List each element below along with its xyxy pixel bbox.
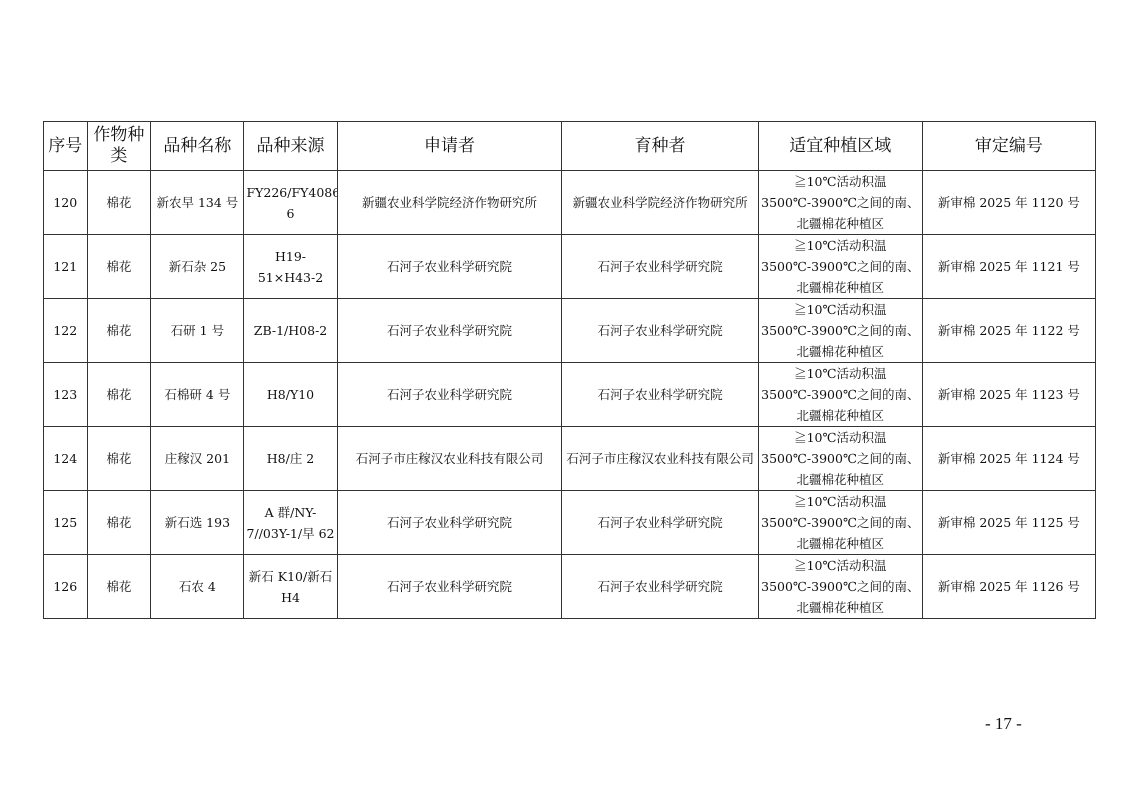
header-crop-type: 作物种类 [87, 122, 151, 171]
cell-variety: 石农 4 [151, 555, 244, 619]
header-region: 适宜种植区域 [758, 122, 922, 171]
cell-region: ≧10℃活动积温 3500℃-3900℃之间的南、北疆棉花种植区 [758, 235, 922, 299]
table-row: 126 棉花 石农 4 新石 K10/新石 H4 石河子农业科学研究院 石河子农… [44, 555, 1096, 619]
cell-crop: 棉花 [87, 299, 151, 363]
cell-variety: 新石选 193 [151, 491, 244, 555]
cell-crop: 棉花 [87, 235, 151, 299]
cell-source: FY226/FY4086-6 [244, 171, 337, 235]
cell-source: H8/Y10 [244, 363, 337, 427]
cell-region: ≧10℃活动积温 3500℃-3900℃之间的南、北疆棉花种植区 [758, 491, 922, 555]
cell-region: ≧10℃活动积温 3500℃-3900℃之间的南、北疆棉花种植区 [758, 299, 922, 363]
cell-serial: 122 [44, 299, 88, 363]
cell-variety: 庄稼汉 201 [151, 427, 244, 491]
cell-crop: 棉花 [87, 363, 151, 427]
cell-approval: 新审棉 2025 年 1121 号 [922, 235, 1095, 299]
cell-applicant: 石河子农业科学研究院 [337, 235, 562, 299]
cell-applicant: 石河子农业科学研究院 [337, 491, 562, 555]
header-applicant: 申请者 [337, 122, 562, 171]
cell-variety: 石研 1 号 [151, 299, 244, 363]
table-row: 121 棉花 新石杂 25 H19-51×H43-2 石河子农业科学研究院 石河… [44, 235, 1096, 299]
cell-source: H8/庄 2 [244, 427, 337, 491]
variety-approval-table: 序号 作物种类 品种名称 品种来源 申请者 育种者 适宜种植区域 审定编号 12… [43, 121, 1096, 619]
cell-source: 新石 K10/新石 H4 [244, 555, 337, 619]
cell-crop: 棉花 [87, 171, 151, 235]
cell-region: ≧10℃活动积温 3500℃-3900℃之间的南、北疆棉花种植区 [758, 427, 922, 491]
cell-applicant: 石河子农业科学研究院 [337, 363, 562, 427]
cell-serial: 120 [44, 171, 88, 235]
cell-region: ≧10℃活动积温 3500℃-3900℃之间的南、北疆棉花种植区 [758, 555, 922, 619]
cell-breeder: 石河子农业科学研究院 [562, 299, 758, 363]
cell-applicant: 新疆农业科学院经济作物研究所 [337, 171, 562, 235]
cell-breeder: 石河子农业科学研究院 [562, 491, 758, 555]
table-row: 124 棉花 庄稼汉 201 H8/庄 2 石河子市庄稼汉农业科技有限公司 石河… [44, 427, 1096, 491]
cell-approval: 新审棉 2025 年 1125 号 [922, 491, 1095, 555]
cell-serial: 126 [44, 555, 88, 619]
cell-variety: 石棉研 4 号 [151, 363, 244, 427]
cell-crop: 棉花 [87, 491, 151, 555]
cell-approval: 新审棉 2025 年 1123 号 [922, 363, 1095, 427]
page-number: - 17 - [985, 714, 1022, 734]
header-serial: 序号 [44, 122, 88, 171]
header-breeder: 育种者 [562, 122, 758, 171]
cell-crop: 棉花 [87, 555, 151, 619]
cell-breeder: 石河子农业科学研究院 [562, 235, 758, 299]
cell-variety: 新农早 134 号 [151, 171, 244, 235]
table-row: 122 棉花 石研 1 号 ZB-1/H08-2 石河子农业科学研究院 石河子农… [44, 299, 1096, 363]
cell-breeder: 新疆农业科学院经济作物研究所 [562, 171, 758, 235]
cell-approval: 新审棉 2025 年 1120 号 [922, 171, 1095, 235]
cell-serial: 121 [44, 235, 88, 299]
cell-approval: 新审棉 2025 年 1124 号 [922, 427, 1095, 491]
cell-applicant: 石河子农业科学研究院 [337, 299, 562, 363]
header-variety-source: 品种来源 [244, 122, 337, 171]
table-row: 120 棉花 新农早 134 号 FY226/FY4086-6 新疆农业科学院经… [44, 171, 1096, 235]
header-approval-no: 审定编号 [922, 122, 1095, 171]
cell-approval: 新审棉 2025 年 1122 号 [922, 299, 1095, 363]
cell-region: ≧10℃活动积温 3500℃-3900℃之间的南、北疆棉花种植区 [758, 363, 922, 427]
cell-breeder: 石河子农业科学研究院 [562, 363, 758, 427]
cell-serial: 124 [44, 427, 88, 491]
cell-serial: 125 [44, 491, 88, 555]
cell-breeder: 石河子市庄稼汉农业科技有限公司 [562, 427, 758, 491]
table-row: 123 棉花 石棉研 4 号 H8/Y10 石河子农业科学研究院 石河子农业科学… [44, 363, 1096, 427]
cell-serial: 123 [44, 363, 88, 427]
cell-variety: 新石杂 25 [151, 235, 244, 299]
cell-applicant: 石河子农业科学研究院 [337, 555, 562, 619]
cell-breeder: 石河子农业科学研究院 [562, 555, 758, 619]
cell-source: ZB-1/H08-2 [244, 299, 337, 363]
cell-source: A 群/NY-7//03Y-1/早 62 [244, 491, 337, 555]
cell-approval: 新审棉 2025 年 1126 号 [922, 555, 1095, 619]
table-row: 125 棉花 新石选 193 A 群/NY-7//03Y-1/早 62 石河子农… [44, 491, 1096, 555]
cell-applicant: 石河子市庄稼汉农业科技有限公司 [337, 427, 562, 491]
table-header-row: 序号 作物种类 品种名称 品种来源 申请者 育种者 适宜种植区域 审定编号 [44, 122, 1096, 171]
cell-crop: 棉花 [87, 427, 151, 491]
cell-region: ≧10℃活动积温 3500℃-3900℃之间的南、北疆棉花种植区 [758, 171, 922, 235]
header-variety-name: 品种名称 [151, 122, 244, 171]
cell-source: H19-51×H43-2 [244, 235, 337, 299]
